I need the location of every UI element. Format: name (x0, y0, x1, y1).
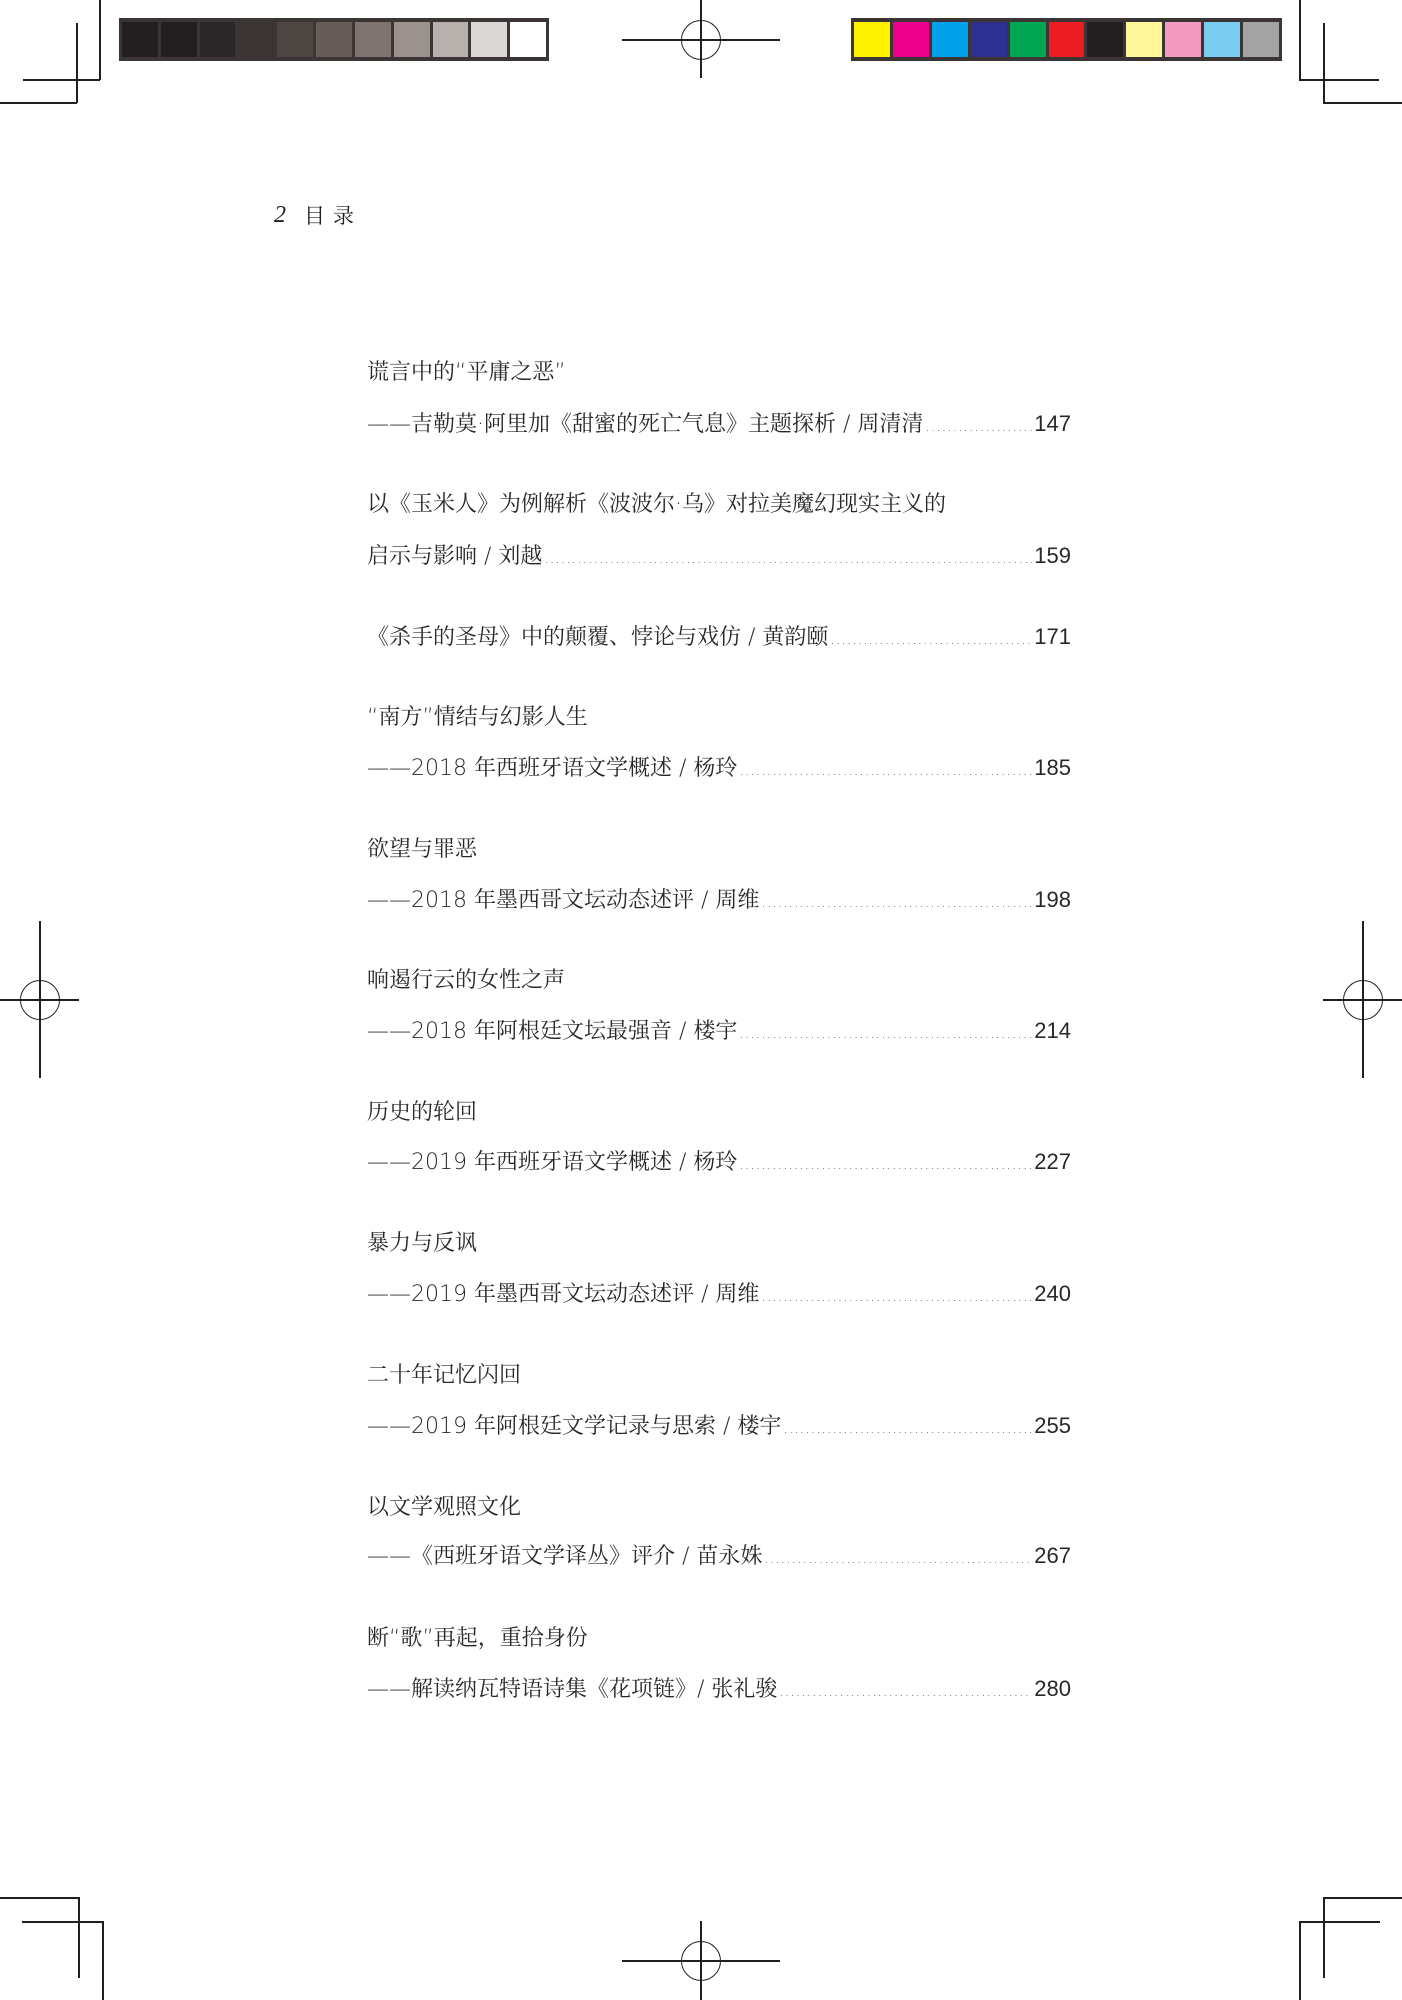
dot-leader (544, 544, 1032, 574)
crop-mark-bottom-right-h1 (1323, 1897, 1402, 1899)
dot-leader (739, 756, 1032, 786)
page-ref: 227 (1034, 1147, 1071, 1177)
color-swatch (893, 22, 929, 57)
dot-leader (761, 1282, 1032, 1312)
toc-entry-subtitle[interactable]: ——《西班牙语文学译丛》评介 / 苗永姝 267 (367, 1541, 1071, 1571)
page-ref: 198 (1034, 885, 1071, 915)
gray-swatch (433, 22, 469, 57)
color-swatch (971, 22, 1007, 57)
running-header: 2 目录 (274, 200, 362, 230)
toc-entry-title[interactable]: 谎言中的“平庸之恶” (367, 358, 1071, 388)
page-ref: 280 (1034, 1674, 1071, 1704)
registration-target-icon (20, 980, 60, 1020)
color-swatch (1243, 22, 1279, 57)
dot-leader (783, 1414, 1032, 1444)
page-number: 2 (274, 202, 286, 229)
toc-entry-subtitle[interactable]: ——2018 年墨西哥文坛动态述评 / 周维 198 (367, 885, 1071, 915)
color-swatch (854, 22, 890, 57)
color-swatch (1049, 22, 1085, 57)
crop-mark-bottom-right-v2 (1299, 1921, 1301, 2000)
page-ref: 171 (1034, 622, 1071, 652)
gray-swatch (161, 22, 197, 57)
gray-swatch (238, 22, 274, 57)
crop-mark-top-right-h1 (1299, 79, 1379, 81)
page-ref: 267 (1034, 1541, 1071, 1571)
toc-entry-subtitle[interactable]: ——2019 年阿根廷文学记录与思索 / 楼宇 255 (367, 1411, 1071, 1441)
crop-mark-top-right-v1 (1299, 0, 1301, 80)
page-ref: 159 (1034, 541, 1071, 571)
toc-entry-title[interactable]: 《杀手的圣母》中的颠覆、悖论与戏仿 / 黄韵颐 171 (367, 622, 1071, 652)
crop-mark-top-left-v1 (99, 0, 101, 80)
toc-entry-title[interactable]: 响遏行云的女性之声 (367, 966, 1071, 996)
crop-mark-top-right-v2 (1323, 23, 1325, 103)
crop-mark-bottom-right-v1 (1323, 1897, 1325, 1978)
page-ref: 185 (1034, 753, 1071, 783)
toc-entry-subtitle[interactable]: ——解读纳瓦特语诗集《花项链》/ 张礼骏 280 (367, 1674, 1071, 1704)
gray-swatch (355, 22, 391, 57)
registration-target-icon (681, 1941, 721, 1981)
gray-swatch (394, 22, 430, 57)
dot-leader (830, 625, 1032, 655)
page-ref: 214 (1034, 1016, 1071, 1046)
toc-entry-title[interactable]: 暴力与反讽 (367, 1229, 1071, 1259)
toc-entry-title[interactable]: 以文学观照文化 (367, 1493, 1071, 1523)
crop-mark-top-right-h2 (1323, 102, 1402, 104)
dot-leader (739, 1150, 1032, 1180)
toc-entry-subtitle[interactable]: ——2019 年西班牙语文学概述 / 杨玲 227 (367, 1147, 1071, 1177)
crop-mark-bottom-left-h1 (0, 1897, 79, 1899)
grayscale-calibration-bar (119, 18, 549, 61)
dot-leader (764, 1544, 1032, 1574)
gray-swatch (200, 22, 236, 57)
page-ref: 255 (1034, 1411, 1071, 1441)
page-title: 目录 (304, 200, 362, 230)
toc-entry-subtitle[interactable]: ——2018 年阿根廷文坛最强音 / 楼宇 214 (367, 1016, 1071, 1046)
dot-leader (925, 412, 1032, 442)
toc-entry-subtitle[interactable]: ——2018 年西班牙语文学概述 / 杨玲 185 (367, 753, 1071, 783)
toc-entry-title[interactable]: 断“歌”再起，重拾身份 (367, 1624, 1071, 1654)
toc-entry-title[interactable]: 欲望与罪恶 (367, 835, 1071, 865)
crop-mark-top-left-v2 (76, 23, 78, 103)
crop-mark-bottom-left-h2 (22, 1921, 103, 1923)
toc-entry-title[interactable]: 历史的轮回 (367, 1098, 1071, 1128)
toc-entry-title[interactable]: 二十年记忆闪回 (367, 1361, 1071, 1391)
toc-entry-subtitle[interactable]: 启示与影响 / 刘越 159 (367, 541, 1071, 571)
dot-leader (761, 888, 1032, 918)
color-swatch (1010, 22, 1046, 57)
color-calibration-bar (851, 18, 1282, 61)
color-swatch (1087, 22, 1123, 57)
color-swatch (1126, 22, 1162, 57)
color-swatch (932, 22, 968, 57)
crop-mark-bottom-left-v1 (78, 1897, 80, 1978)
toc-entry-subtitle[interactable]: ——吉勒莫·阿里加《甜蜜的死亡气息》主题探析 / 周清清 147 (367, 409, 1071, 439)
crop-mark-bottom-left-v2 (102, 1921, 104, 2000)
gray-swatch (316, 22, 352, 57)
toc-entry-subtitle[interactable]: ——2019 年墨西哥文坛动态述评 / 周维 240 (367, 1279, 1071, 1309)
page-ref: 240 (1034, 1279, 1071, 1309)
crop-mark-top-left-h1 (23, 79, 100, 81)
toc-entry-title[interactable]: 以《玉米人》为例解析《波波尔·乌》对拉美魔幻现实主义的 (367, 490, 1071, 520)
gray-swatch (471, 22, 507, 57)
page-ref: 147 (1034, 409, 1071, 439)
dot-leader (739, 1019, 1032, 1049)
toc-entry-title[interactable]: “南方”情结与幻影人生 (367, 703, 1071, 733)
gray-swatch (277, 22, 313, 57)
color-swatch (1165, 22, 1201, 57)
crop-mark-top-left-h2 (0, 102, 77, 104)
color-swatch (1204, 22, 1240, 57)
crop-mark-bottom-right-h2 (1299, 1921, 1380, 1923)
dot-leader (779, 1677, 1032, 1707)
gray-swatch (510, 22, 546, 57)
gray-swatch (122, 22, 158, 57)
registration-target-icon (681, 20, 721, 60)
registration-target-icon (1343, 980, 1383, 1020)
